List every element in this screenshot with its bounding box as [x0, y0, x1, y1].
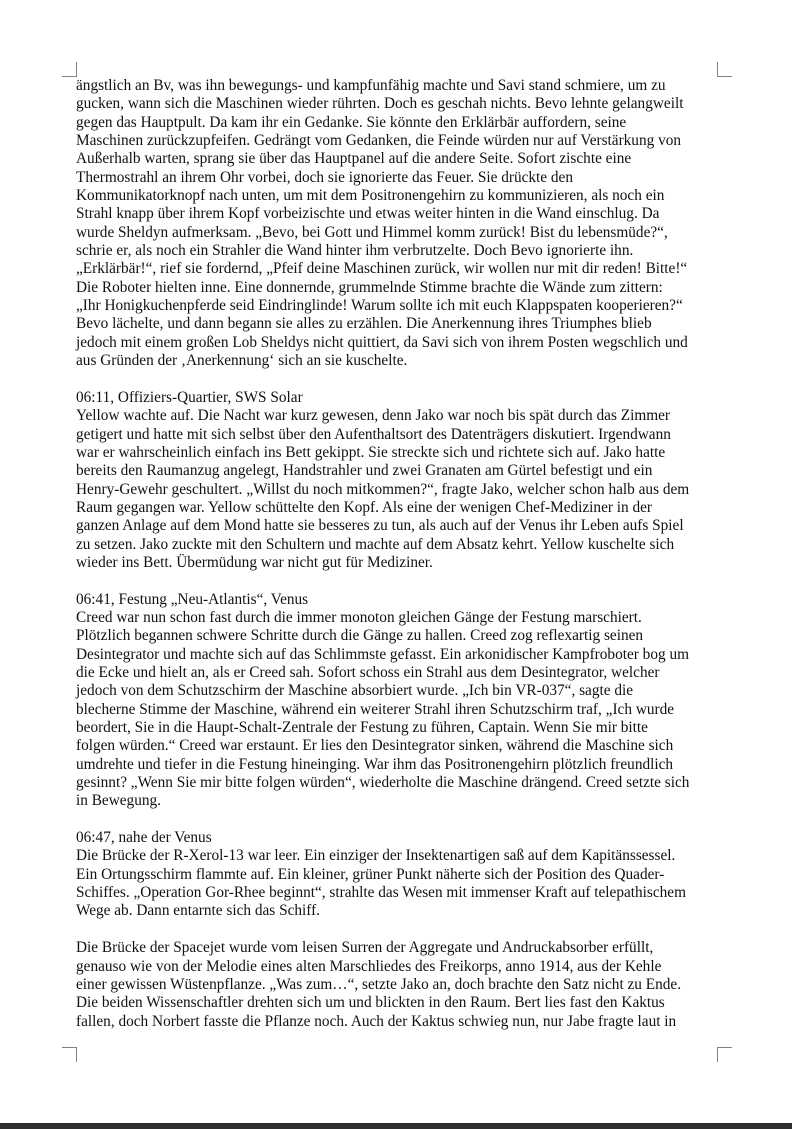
text-line: Thermostrahl an ihrem Ohr vorbei, doch s…	[76, 169, 722, 187]
crop-mark-top-right	[717, 62, 732, 77]
text-line: gegen das Hauptpult. Da kam ihr ein Geda…	[76, 114, 722, 132]
text-line: „Ihr Honigkuchenpferde seid Eindringlind…	[76, 297, 722, 315]
text-line: bereits den Raumanzug angelegt, Handstra…	[76, 462, 722, 480]
text-line: einer gewissen Wüstenpflanze. „Was zum…“…	[76, 976, 722, 994]
text-line: gesinnt? „Wenn Sie mir bitte folgen würd…	[76, 774, 722, 792]
paragraph-spacer	[76, 921, 722, 939]
paragraph: Die Brücke der Spacejet wurde vom leisen…	[76, 939, 722, 1031]
paragraph-spacer	[76, 811, 722, 829]
document-page: ängstlich an Bv, was ihn bewegungs- und …	[0, 0, 792, 1123]
text-line: Maschinen zurückzupfeifen. Gedrängt vom …	[76, 132, 722, 150]
paragraph-spacer	[76, 371, 722, 389]
paragraph: 06:47, nahe der VenusDie Brücke der R-Xe…	[76, 829, 722, 921]
text-line: Plötzlich begannen schwere Schritte durc…	[76, 627, 722, 645]
text-line: beordert, Sie in die Haupt-Schalt-Zentra…	[76, 719, 722, 737]
text-line: wurde Sheldyn aufmerksam. „Bevo, bei Got…	[76, 224, 722, 242]
text-line: jedoch mit einem großen Lob Sheldys nich…	[76, 334, 722, 352]
text-line: gucken, wann sich die Maschinen wieder r…	[76, 95, 722, 113]
text-line: Die Brücke der R-Xerol-13 war leer. Ein …	[76, 847, 722, 865]
text-line: schrie er, als noch ein Strahler die Wan…	[76, 242, 722, 260]
text-line: Bevo lächelte, und dann begann sie alles…	[76, 315, 722, 333]
text-line: jedoch von dem Schutzschirm der Maschine…	[76, 682, 722, 700]
window-bottom-edge	[0, 1123, 792, 1129]
text-line: Die Brücke der Spacejet wurde vom leisen…	[76, 939, 722, 957]
text-line: Creed war nun schon fast durch die immer…	[76, 609, 722, 627]
paragraph: 06:41, Festung „Neu-Atlantis“, VenusCree…	[76, 591, 722, 811]
paragraph-spacer	[76, 572, 722, 590]
text-line: Wege ab. Dann entarnte sich das Schiff.	[76, 902, 722, 920]
text-line: wieder ins Bett. Übermüdung war nicht gu…	[76, 554, 722, 572]
crop-mark-top-left	[62, 62, 77, 77]
crop-mark-bottom-left	[62, 1047, 77, 1062]
text-line: umdrehte und tiefer in die Festung hinei…	[76, 756, 722, 774]
text-line: Schiffes. „Operation Gor-Rhee beginnt“, …	[76, 884, 722, 902]
text-line: Henry-Gewehr geschultert. „Willst du noc…	[76, 481, 722, 499]
text-line: aus Gründen der ‚Anerkennung‘ sich an si…	[76, 352, 722, 370]
text-line: blecherne Stimme der Maschine, während e…	[76, 701, 722, 719]
text-line: getigert und hatte mit sich selbst über …	[76, 426, 722, 444]
document-body[interactable]: ängstlich an Bv, was ihn bewegungs- und …	[76, 77, 722, 1031]
text-line: Ein Ortungsschirm flammte auf. Ein klein…	[76, 866, 722, 884]
text-line: genauso wie von der Melodie eines alten …	[76, 958, 722, 976]
text-line: 06:11, Offiziers-Quartier, SWS Solar	[76, 389, 722, 407]
text-line: 06:47, nahe der Venus	[76, 829, 722, 847]
text-line: „Erklärbär!“, rief sie fordernd, „Pfeif …	[76, 260, 722, 278]
text-line: ganzen Anlage auf dem Mond hatte sie bes…	[76, 517, 722, 535]
text-line: Yellow wachte auf. Die Nacht war kurz ge…	[76, 407, 722, 425]
text-line: Desintegrator und machte sich auf das Sc…	[76, 646, 722, 664]
text-line: 06:41, Festung „Neu-Atlantis“, Venus	[76, 591, 722, 609]
text-line: ängstlich an Bv, was ihn bewegungs- und …	[76, 77, 722, 95]
paragraph: ängstlich an Bv, was ihn bewegungs- und …	[76, 77, 722, 371]
text-line: in Bewegung.	[76, 792, 722, 810]
text-line: zu setzen. Jako zuckte mit den Schultern…	[76, 536, 722, 554]
text-line: folgen würden.“ Creed war erstaunt. Er l…	[76, 737, 722, 755]
text-line: Die beiden Wissenschaftler drehten sich …	[76, 994, 722, 1012]
text-line: Außerhalb warten, sprang sie über das Ha…	[76, 150, 722, 168]
text-line: Kommunikatorknopf nach unten, um mit dem…	[76, 187, 722, 205]
text-line: Strahl knapp über ihrem Kopf vorbeizisch…	[76, 205, 722, 223]
crop-mark-bottom-right	[717, 1047, 732, 1062]
text-line: war er wahrscheinlich einfach ins Bett g…	[76, 444, 722, 462]
text-line: Raum gegangen war. Yellow schüttelte den…	[76, 499, 722, 517]
text-line: fallen, doch Norbert fasste die Pflanze …	[76, 1013, 722, 1031]
paragraph: 06:11, Offiziers-Quartier, SWS SolarYell…	[76, 389, 722, 572]
text-line: Die Roboter hielten inne. Eine donnernde…	[76, 279, 722, 297]
text-line: die Ecke und hielt an, als er Creed sah.…	[76, 664, 722, 682]
